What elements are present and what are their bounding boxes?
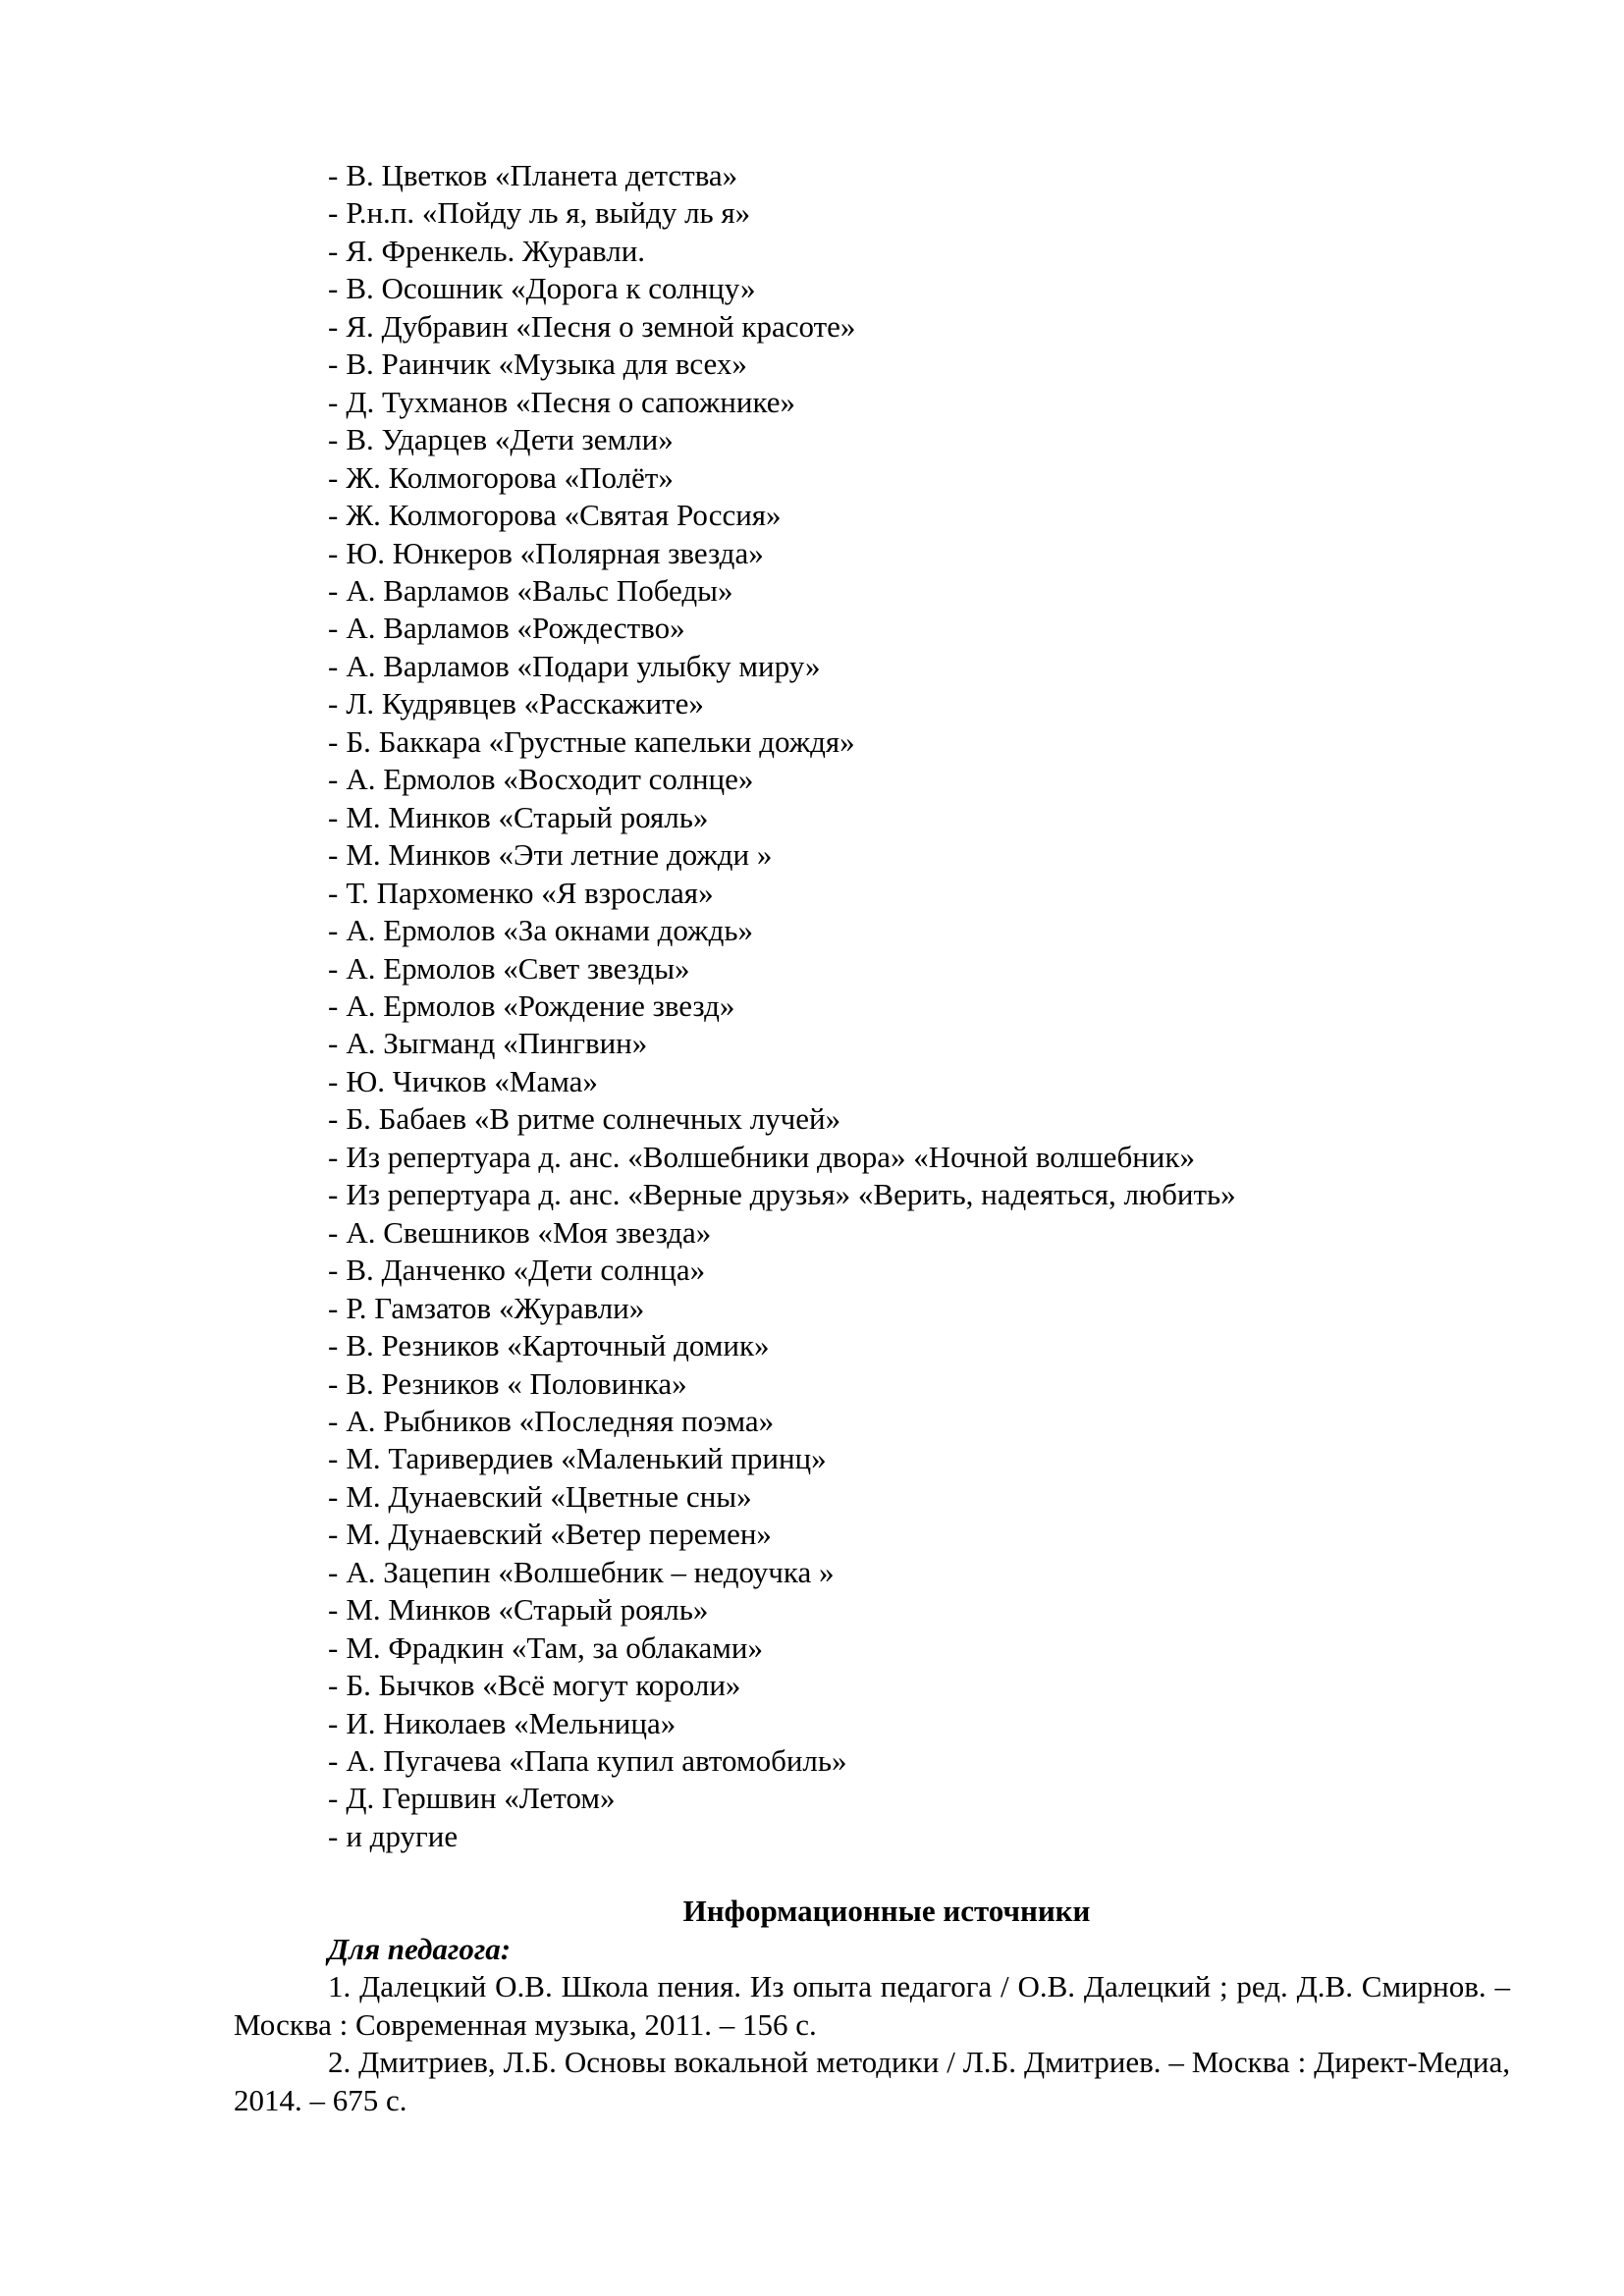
list-item-text: М. Минков «Эти летние дожди » <box>346 837 772 872</box>
bullet-dash: - <box>328 1328 338 1362</box>
list-item-text: Л. Кудрявцев «Расскажите» <box>346 686 704 721</box>
list-item-text: Б. Баккара «Грустные капельки дождя» <box>346 724 854 759</box>
bullet-dash: - <box>328 1253 338 1287</box>
list-item: -М. Минков «Эти летние дожди » <box>328 836 1236 874</box>
list-item-text: Ю. Чичков «Мама» <box>346 1064 598 1098</box>
list-item: -М. Фрадкин «Там, за облаками» <box>328 1629 1236 1667</box>
list-item: -А. Свешников «Моя звезда» <box>328 1214 1236 1252</box>
list-item: -и другие <box>328 1818 1236 1855</box>
list-item: -Ю. Чичков «Мама» <box>328 1063 1236 1100</box>
list-item: -Б. Баккара «Грустные капельки дождя» <box>328 723 1236 761</box>
list-item: -Б. Бычков «Всё могут короли» <box>328 1667 1236 1704</box>
bullet-dash: - <box>328 724 338 759</box>
list-item: -А. Ермолов «Свет звезды» <box>328 950 1236 988</box>
list-item: -Я. Дубравин «Песня о земной красоте» <box>328 308 1236 346</box>
list-item: -В. Раинчик «Музыка для всех» <box>328 346 1236 383</box>
list-item: -В. Ударцев «Дети земли» <box>328 421 1236 458</box>
section-heading: Информационные источники <box>234 1893 1510 1931</box>
bullet-dash: - <box>328 1177 338 1211</box>
list-item: -А. Зацепин «Волшебник – недоучка » <box>328 1554 1236 1591</box>
list-item-text: А. Ермолов «Восходит солнце» <box>346 762 753 796</box>
bullet-dash: - <box>328 271 338 305</box>
bullet-dash: - <box>328 1064 338 1098</box>
bullet-dash: - <box>328 422 338 456</box>
list-item: -М. Таривердиев «Маленький принц» <box>328 1440 1236 1477</box>
list-item: -Л. Кудрявцев «Расскажите» <box>328 685 1236 722</box>
bullet-dash: - <box>328 1479 338 1514</box>
list-item-text: В. Раинчик «Музыка для всех» <box>346 347 747 381</box>
bullet-dash: - <box>328 536 338 570</box>
list-item: -В. Данченко «Дети солнца» <box>328 1252 1236 1289</box>
list-item: -В. Осошник «Дорога к солнцу» <box>328 270 1236 307</box>
bullet-dash: - <box>328 762 338 796</box>
list-item-text: Я. Френкель. Журавли. <box>346 234 645 268</box>
bullet-dash: - <box>328 1517 338 1551</box>
bullet-dash: - <box>328 1781 338 1815</box>
list-item: -А. Ермолов «Восходит солнце» <box>328 761 1236 798</box>
list-item: -А. Ермолов «За окнами дождь» <box>328 912 1236 949</box>
bullet-dash: - <box>328 988 338 1023</box>
list-item: -М. Дунаевский «Цветные сны» <box>328 1478 1236 1516</box>
bullet-dash: - <box>328 347 338 381</box>
list-item-text: Б. Бабаев «В ритме солнечных лучей» <box>346 1101 840 1136</box>
list-item-text: А. Ермолов «Свет звезды» <box>346 951 689 986</box>
list-item-text: Из репертуара д. анс. «Волшебники двора»… <box>346 1140 1195 1174</box>
list-item-text: М. Фрадкин «Там, за облаками» <box>346 1630 763 1665</box>
list-item-text: Д. Тухманов «Песня о сапожнике» <box>346 385 795 419</box>
list-item-text: М. Дунаевский «Цветные сны» <box>346 1479 751 1514</box>
bullet-dash: - <box>328 1215 338 1250</box>
list-item: -М. Минков «Старый рояль» <box>328 799 1236 836</box>
list-item-text: А. Пугачева «Папа купил автомобиль» <box>346 1743 846 1778</box>
list-item: -А. Пугачева «Папа купил автомобиль» <box>328 1742 1236 1780</box>
list-item: -Ж. Колмогорова «Святая Россия» <box>328 497 1236 534</box>
bullet-dash: - <box>328 1026 338 1060</box>
list-item-text: Р. Гамзатов «Журавли» <box>346 1291 644 1325</box>
reference-item: 2. Дмитриев, Л.Б. Основы вокальной метод… <box>234 2044 1510 2119</box>
list-item-text: В. Ударцев «Дети земли» <box>346 422 673 456</box>
list-item-text: А. Ермолов «Рождение звезд» <box>346 988 734 1023</box>
list-item-text: Ю. Юнкеров «Полярная звезда» <box>346 536 763 570</box>
list-item-text: М. Таривердиев «Маленький принц» <box>346 1441 826 1475</box>
bullet-dash: - <box>328 1366 338 1401</box>
list-item: -А. Варламов «Подари улыбку миру» <box>328 648 1236 685</box>
bullet-dash: - <box>328 1404 338 1438</box>
bullet-dash: - <box>328 1291 338 1325</box>
bullet-dash: - <box>328 913 338 947</box>
list-item: -А. Варламов «Рождество» <box>328 610 1236 647</box>
list-item-text: М. Дунаевский «Ветер перемен» <box>346 1517 772 1551</box>
bullet-dash: - <box>328 876 338 910</box>
list-item-text: А. Варламов «Подари улыбку миру» <box>346 649 820 683</box>
bullet-dash: - <box>328 800 338 834</box>
list-item: -Я. Френкель. Журавли. <box>328 233 1236 270</box>
list-item-text: А. Зацепин «Волшебник – недоучка » <box>346 1555 834 1589</box>
bullet-dash: - <box>328 1819 338 1853</box>
list-item-text: Ж. Колмогорова «Святая Россия» <box>346 498 781 532</box>
list-item-text: А. Варламов «Рождество» <box>346 611 684 645</box>
list-item: -М. Минков «Старый рояль» <box>328 1591 1236 1629</box>
bullet-dash: - <box>328 385 338 419</box>
list-item-text: А. Ермолов «За окнами дождь» <box>346 913 753 947</box>
bullet-dash: - <box>328 1101 338 1136</box>
bullet-dash: - <box>328 573 338 608</box>
list-item: -Ж. Колмогорова «Полёт» <box>328 459 1236 497</box>
list-item: -В. Резников « Половинка» <box>328 1365 1236 1403</box>
bullet-dash: - <box>328 1441 338 1475</box>
bullet-dash: - <box>328 158 338 192</box>
list-item-text: В. Цветков «Планета детства» <box>346 158 737 192</box>
bullet-dash: - <box>328 1706 338 1740</box>
list-item: -А. Рыбников «Последняя поэма» <box>328 1403 1236 1440</box>
list-item-text: Из репертуара д. анс. «Верные друзья» «В… <box>346 1177 1235 1211</box>
bullet-dash: - <box>328 611 338 645</box>
bullet-dash: - <box>328 1668 338 1702</box>
list-item-text: М. Минков «Старый рояль» <box>346 800 708 834</box>
list-item: -Д. Тухманов «Песня о сапожнике» <box>328 384 1236 421</box>
list-item: -В. Цветков «Планета детства» <box>328 157 1236 194</box>
reference-item: 1. Далецкий О.В. Школа пения. Из опыта п… <box>234 1968 1510 2044</box>
list-item-text: В. Осошник «Дорога к солнцу» <box>346 271 755 305</box>
information-sources-section: Информационные источники Для педагога: 1… <box>234 1893 1510 2119</box>
bullet-dash: - <box>328 1555 338 1589</box>
bullet-dash: - <box>328 309 338 344</box>
list-item-text: Р.н.п. «Пойду ль я, выйду ль я» <box>346 195 750 230</box>
list-item: -А. Зыгманд «Пингвин» <box>328 1025 1236 1062</box>
bullet-dash: - <box>328 234 338 268</box>
list-item-text: А. Варламов «Вальс Победы» <box>346 573 732 608</box>
bullet-dash: - <box>328 951 338 986</box>
list-item-text: А. Рыбников «Последняя поэма» <box>346 1404 774 1438</box>
bullet-dash: - <box>328 1140 338 1174</box>
bullet-dash: - <box>328 1630 338 1665</box>
bullet-dash: - <box>328 649 338 683</box>
list-item: -И. Николаев «Мельница» <box>328 1705 1236 1742</box>
list-item: -Ю. Юнкеров «Полярная звезда» <box>328 535 1236 572</box>
list-item-text: М. Минков «Старый рояль» <box>346 1592 708 1627</box>
list-item: -А. Ермолов «Рождение звезд» <box>328 988 1236 1025</box>
list-item: -М. Дунаевский «Ветер перемен» <box>328 1516 1236 1553</box>
list-item-text: Ж. Колмогорова «Полёт» <box>346 460 674 495</box>
bullet-dash: - <box>328 686 338 721</box>
list-item-text: Б. Бычков «Всё могут короли» <box>346 1668 740 1702</box>
list-item-text: А. Зыгманд «Пингвин» <box>346 1026 647 1060</box>
bullet-dash: - <box>328 1743 338 1778</box>
list-item: -Б. Бабаев «В ритме солнечных лучей» <box>328 1100 1236 1138</box>
list-item-text: Я. Дубравин «Песня о земной красоте» <box>346 309 855 344</box>
list-item: -Из репертуара д. анс. «Волшебники двора… <box>328 1139 1236 1176</box>
list-item: -Р. Гамзатов «Журавли» <box>328 1290 1236 1327</box>
list-item-text: Т. Пархоменко «Я взрослая» <box>346 876 713 910</box>
bullet-dash: - <box>328 195 338 230</box>
bullet-dash: - <box>328 1592 338 1627</box>
list-item-text: И. Николаев «Мельница» <box>346 1706 676 1740</box>
document-page: -В. Цветков «Планета детства»-Р.н.п. «По… <box>0 0 1624 2296</box>
list-item: -Из репертуара д. анс. «Верные друзья» «… <box>328 1176 1236 1213</box>
list-item: -Д. Гершвин «Летом» <box>328 1780 1236 1817</box>
subheading-for-teacher: Для педагога: <box>234 1931 1510 1969</box>
repertoire-list: -В. Цветков «Планета детства»-Р.н.п. «По… <box>328 157 1236 1855</box>
list-item-text: Д. Гершвин «Летом» <box>346 1781 615 1815</box>
list-item-text: А. Свешников «Моя звезда» <box>346 1215 711 1250</box>
list-item: -Р.н.п. «Пойду ль я, выйду ль я» <box>328 194 1236 232</box>
bullet-dash: - <box>328 460 338 495</box>
list-item-text: В. Данченко «Дети солнца» <box>346 1253 705 1287</box>
list-item-text: В. Резников «Карточный домик» <box>346 1328 769 1362</box>
list-item-text: и другие <box>346 1819 458 1853</box>
bullet-dash: - <box>328 498 338 532</box>
list-item-text: В. Резников « Половинка» <box>346 1366 686 1401</box>
bullet-dash: - <box>328 837 338 872</box>
list-item: -Т. Пархоменко «Я взрослая» <box>328 875 1236 912</box>
list-item: -А. Варламов «Вальс Победы» <box>328 572 1236 610</box>
list-item: -В. Резников «Карточный домик» <box>328 1327 1236 1364</box>
